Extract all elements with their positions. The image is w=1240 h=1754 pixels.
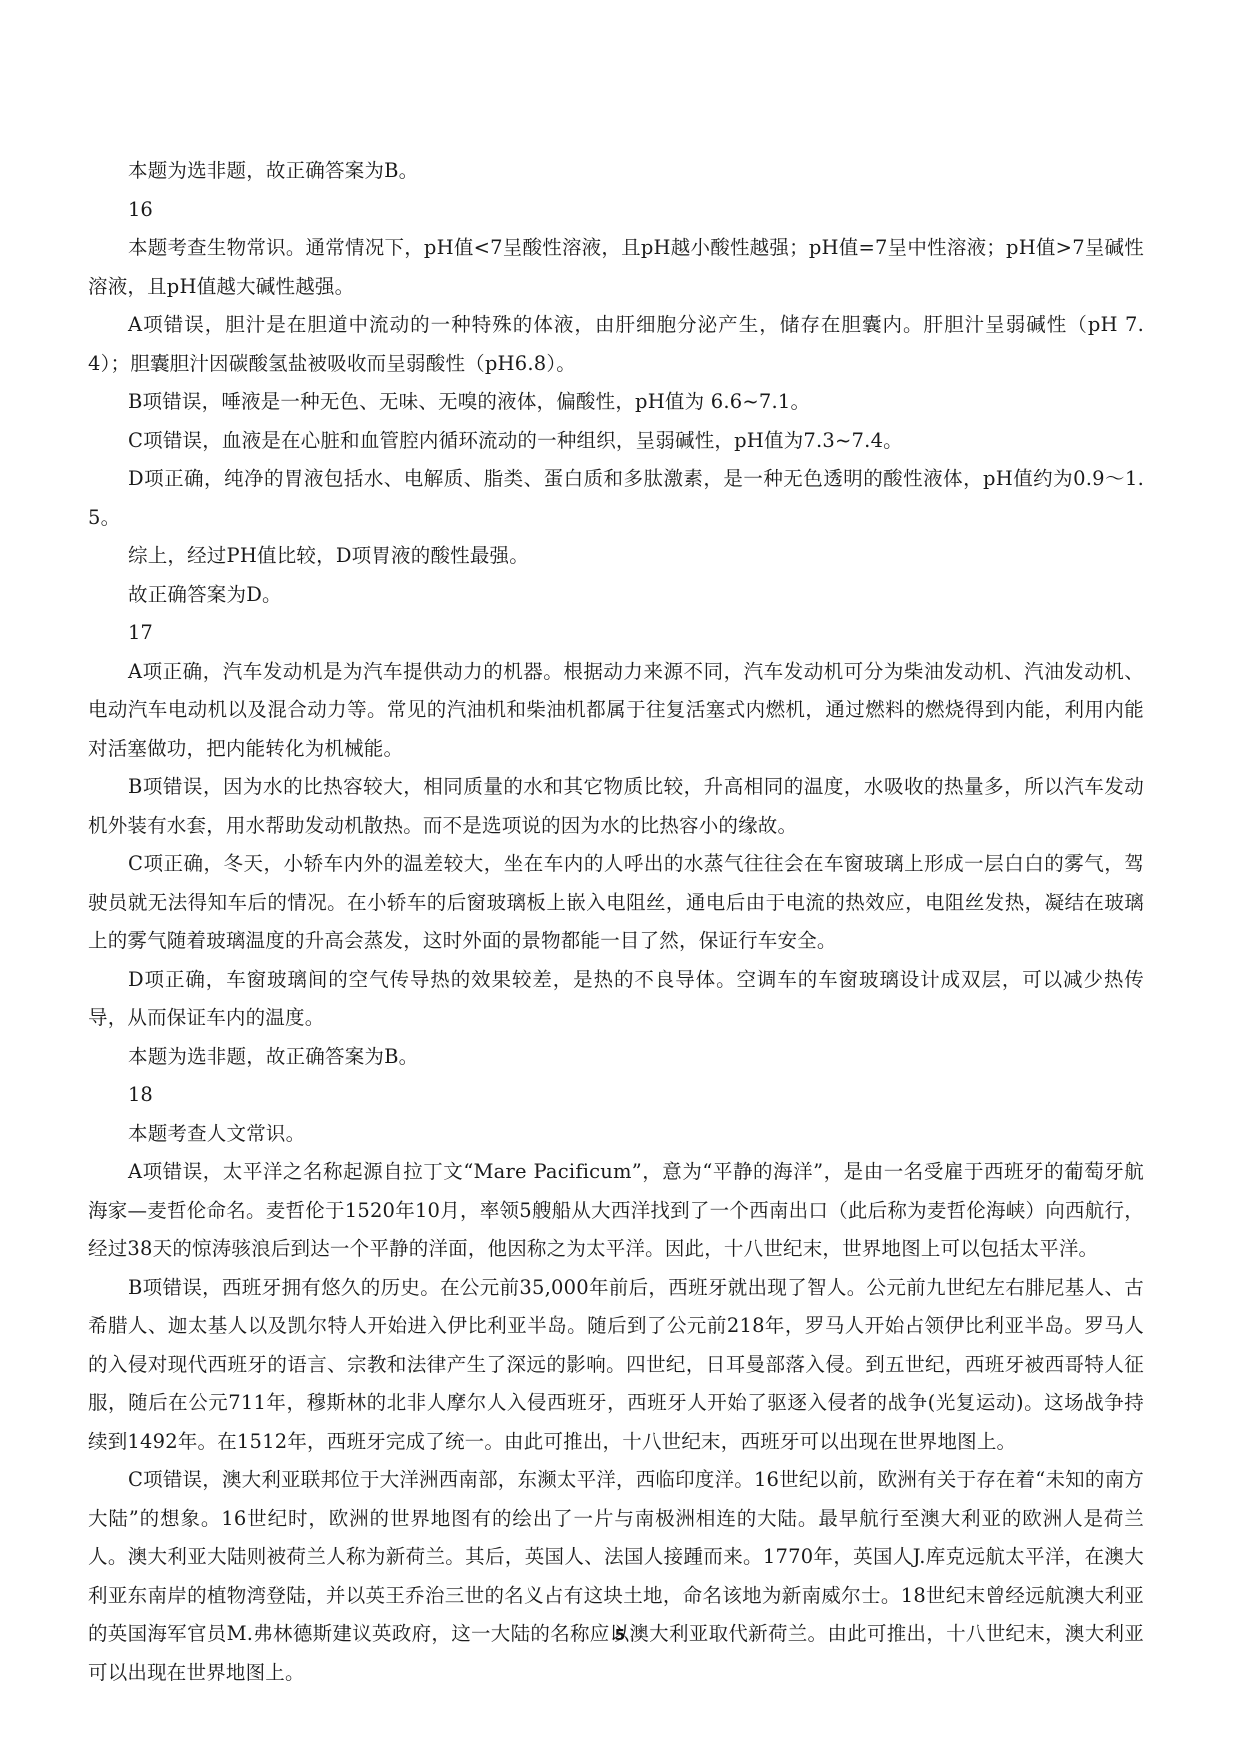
paragraph-q15-conclusion: 本题为选非题，故正确答案为B。 xyxy=(88,152,1144,191)
paragraph-q18-intro: 本题考查人文常识。 xyxy=(88,1115,1144,1154)
document-body: 本题为选非题，故正确答案为B。 16 本题考查生物常识。通常情况下，pH值<7呈… xyxy=(88,152,1144,1692)
page-number: 5 xyxy=(0,1626,1240,1644)
paragraph-q17-option-a: A项正确，汽车发动机是为汽车提供动力的机器。根据动力来源不同，汽车发动机可分为柴… xyxy=(88,653,1144,769)
paragraph-q16-option-c: C项错误，血液是在心脏和血管腔内循环流动的一种组织，呈弱碱性，pH值为7.3~7… xyxy=(88,422,1144,461)
paragraph-q16-intro: 本题考查生物常识。通常情况下，pH值<7呈酸性溶液，且pH越小酸性越强；pH值=… xyxy=(88,229,1144,306)
paragraph-q17-option-d: D项正确，车窗玻璃间的空气传导热的效果较差，是热的不良导体。空调车的车窗玻璃设计… xyxy=(88,961,1144,1038)
paragraph-q16-option-b: B项错误，唾液是一种无色、无味、无嗅的液体，偏酸性，pH值为 6.6~7.1。 xyxy=(88,383,1144,422)
paragraph-q17-option-b: B项错误，因为水的比热容较大，相同质量的水和其它物质比较，升高相同的温度，水吸收… xyxy=(88,768,1144,845)
paragraph-q16-answer: 故正确答案为D。 xyxy=(88,576,1144,615)
paragraph-q16-option-d: D项正确，纯净的胃液包括水、电解质、脂类、蛋白质和多肽激素，是一种无色透明的酸性… xyxy=(88,460,1144,537)
paragraph-q17-option-c: C项正确，冬天，小轿车内外的温差较大，坐在车内的人呼出的水蒸气往往会在车窗玻璃上… xyxy=(88,845,1144,961)
question-number-17: 17 xyxy=(88,614,1144,653)
paragraph-q16-summary: 综上，经过PH值比较，D项胃液的酸性最强。 xyxy=(88,537,1144,576)
question-number-16: 16 xyxy=(88,191,1144,230)
paragraph-q17-answer: 本题为选非题，故正确答案为B。 xyxy=(88,1038,1144,1077)
paragraph-q16-option-a: A项错误，胆汁是在胆道中流动的一种特殊的体液，由肝细胞分泌产生，储存在胆囊内。肝… xyxy=(88,306,1144,383)
paragraph-q18-option-a: A项错误，太平洋之名称起源自拉丁文“Mare Pacificum”，意为“平静的… xyxy=(88,1153,1144,1269)
paragraph-q18-option-c: C项错误，澳大利亚联邦位于大洋洲西南部，东濒太平洋，西临印度洋。16世纪以前，欧… xyxy=(88,1461,1144,1692)
paragraph-q18-option-b: B项错误，西班牙拥有悠久的历史。在公元前35,000年前后，西班牙就出现了智人。… xyxy=(88,1269,1144,1462)
question-number-18: 18 xyxy=(88,1076,1144,1115)
